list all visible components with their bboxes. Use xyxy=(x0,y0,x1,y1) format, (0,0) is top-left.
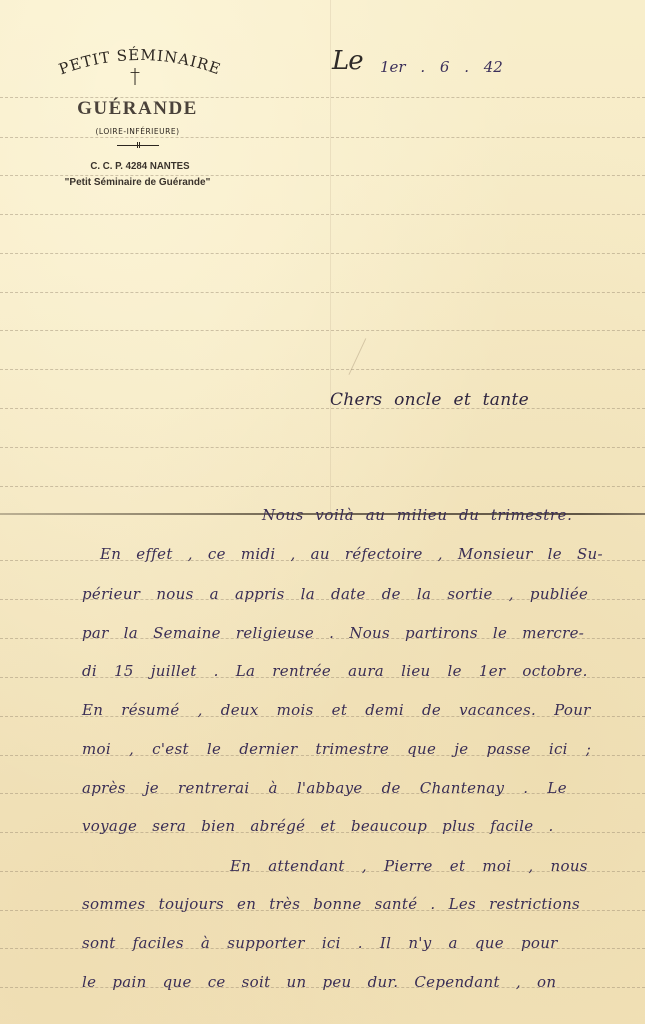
cross-icon: † xyxy=(125,66,145,86)
body-line: le pain que ce soit un peu dur. Cependan… xyxy=(82,973,556,991)
letterhead-city: GUÉRANDE xyxy=(40,98,235,120)
body-line: di 15 juillet . La rentrée aura lieu le … xyxy=(82,662,588,680)
ruled-line xyxy=(0,137,645,138)
body-line: En résumé , deux mois et demi de vacance… xyxy=(82,701,591,719)
body-line: périeur nous a appris la date de la sort… xyxy=(82,585,588,603)
body-line: voyage sera bien abrégé et beaucoup plus… xyxy=(82,817,554,835)
letterhead-account: C. C. P. 4284 NANTES xyxy=(62,160,218,172)
vertical-fold-crease xyxy=(330,0,331,513)
ruled-line xyxy=(0,292,645,293)
ruled-line xyxy=(0,214,645,215)
body-line: En attendant , Pierre et moi , nous xyxy=(230,857,588,875)
ruled-line xyxy=(0,330,645,331)
body-line: En effet , ce midi , au réfectoire , Mon… xyxy=(100,545,603,563)
ruled-line xyxy=(0,447,645,448)
letter-page: PETIT SÉMINAIRE † GUÉRANDE (LOIRE-INFÉRI… xyxy=(0,0,645,1024)
body-line: sont faciles à supporter ici . Il n'y a … xyxy=(82,934,558,952)
ruled-line xyxy=(0,369,645,370)
date-value: 1er . 6 . 42 xyxy=(380,58,503,76)
body-line: sommes toujours en très bonne santé . Le… xyxy=(82,895,580,913)
ruled-line xyxy=(0,486,645,487)
body-line: Nous voilà au milieu du trimestre. xyxy=(262,506,572,524)
ornament-divider-icon xyxy=(117,142,159,148)
body-line: par la Semaine religieuse . Nous partiro… xyxy=(82,624,584,642)
ruled-line xyxy=(0,408,645,409)
letterhead-account-name: "Petit Séminaire de Guérande" xyxy=(40,177,235,188)
body-line: après je rentrerai à l'abbaye de Chanten… xyxy=(82,779,567,797)
letterhead-department: (LOIRE-INFÉRIEURE) xyxy=(60,127,215,136)
body-line: moi , c'est le dernier trimestre que je … xyxy=(82,740,591,758)
paper-crease xyxy=(348,338,402,392)
ruled-line xyxy=(0,175,645,176)
date-prefix: Le xyxy=(332,46,363,76)
ruled-line xyxy=(0,253,645,254)
salutation: Chers oncle et tante xyxy=(330,390,529,410)
